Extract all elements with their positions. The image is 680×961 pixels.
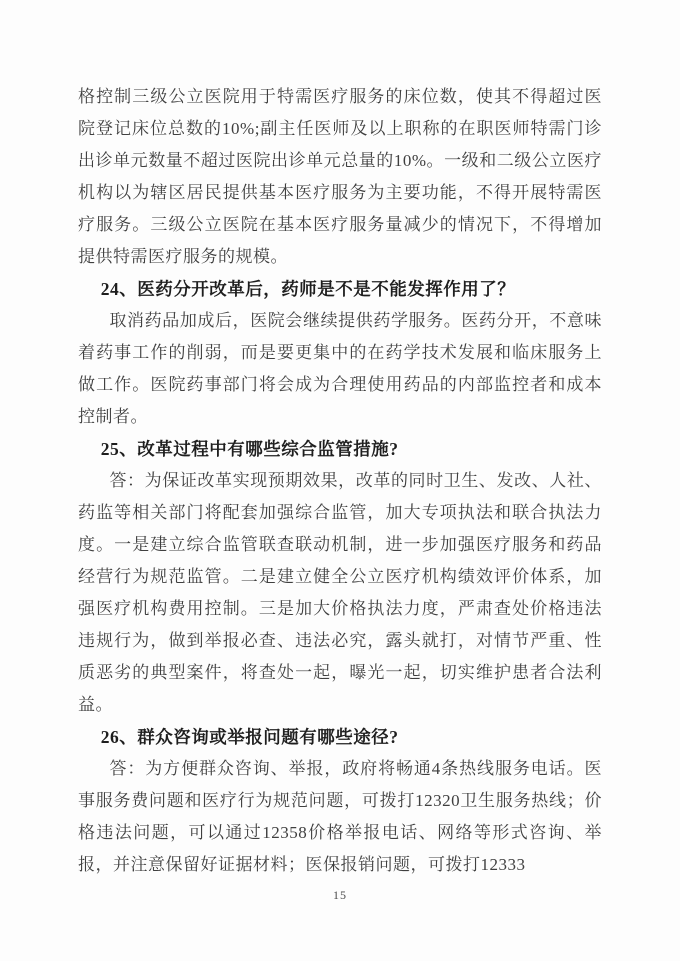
answer-paragraph-24: 取消药品加成后，医院会继续提供药学服务。医药分开，不意味着药事工作的削弱，而是要…: [78, 305, 602, 433]
page-number: 15: [0, 888, 680, 902]
document-body: 格控制三级公立医院用于特需医疗服务的床位数，使其不得超过医院登记床位总数的10%…: [78, 81, 602, 881]
paragraph-continuation: 格控制三级公立医院用于特需医疗服务的床位数，使其不得超过医院登记床位总数的10%…: [78, 81, 602, 273]
answer-paragraph-26: 答：为方便群众咨询、举报，政府将畅通4条热线服务电话。医事服务费问题和医疗行为规…: [78, 753, 602, 881]
question-heading-24: 24、医药分开改革后，药师是不是不能发挥作用了？: [78, 273, 602, 305]
question-heading-26: 26、群众咨询或举报问题有哪些途径?: [78, 721, 602, 753]
answer-paragraph-25: 答：为保证改革实现预期效果，改革的同时卫生、发改、人社、药监等相关部门将配套加强…: [78, 465, 602, 721]
question-heading-25: 25、改革过程中有哪些综合监管措施?: [78, 433, 602, 465]
